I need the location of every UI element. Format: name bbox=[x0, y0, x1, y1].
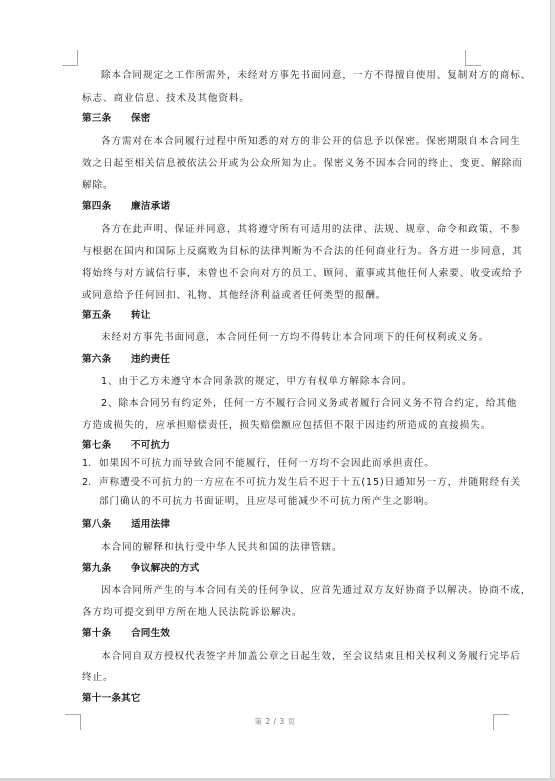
paragraph-line: 将始终与对方诚信行事，未曾也不会向对方的员工、顾问、董事或其他任何人索要、收受或… bbox=[82, 268, 494, 280]
article-heading: 第九条争议解决的方式 bbox=[82, 563, 494, 575]
article-title: 争议解决的方式 bbox=[131, 563, 200, 574]
paragraph-line: 效之日起至相关信息被依法公开或为公众所知为止。保密义务不因本合同的终止、变更、解… bbox=[82, 158, 494, 170]
paragraph-line: 各方均可提交到甲方所在地人民法院诉讼解决。 bbox=[82, 607, 494, 619]
article-number: 第十条 bbox=[82, 628, 131, 640]
paragraph-line: 各方在此声明、保证并同意，其将遵守所有可适用的法律、法规、规章、命令和政策，不参 bbox=[101, 224, 513, 236]
paragraph-line: 因本合同所产生的与本合同有关的任何争议，应首先通过双方友好协商予以解决。协商不成… bbox=[101, 585, 513, 597]
paragraph-line: 方造成损失的，应承担赔偿责任，损失赔偿额应包括但不限于因违约所造成的直接损失。 bbox=[82, 420, 494, 432]
list-number: 1. bbox=[82, 458, 99, 470]
article-heading: 第五条转让 bbox=[82, 310, 494, 322]
margin-corner-top-right bbox=[465, 50, 481, 66]
article-number: 第十一条 bbox=[82, 693, 121, 705]
paragraph-line: 本合同的解释和执行受中华人民共和国的法律管辖。 bbox=[101, 542, 513, 554]
article-number: 第五条 bbox=[82, 310, 131, 322]
article-number: 第三条 bbox=[82, 113, 131, 125]
list-number: 2. bbox=[82, 477, 99, 489]
paragraph-line: 或同意给予任何回扣、礼物、其他经济利益或者任何类型的报酬。 bbox=[82, 290, 494, 302]
margin-corner-top-left bbox=[62, 50, 78, 66]
paragraph-line: 未经对方事先书面同意，本合同任何一方均不得转让本合同项下的任何权利或义务。 bbox=[101, 332, 513, 344]
article-number: 第四条 bbox=[82, 201, 131, 213]
article-number: 第九条 bbox=[82, 563, 131, 575]
list-item: 1.如果因不可抗力而导致合同不能履行，任何一方均不会因此而承担责任。 bbox=[82, 458, 494, 470]
article-heading: 第十一条其它 bbox=[82, 693, 494, 705]
article-heading: 第三条保密 bbox=[82, 113, 494, 125]
paragraph-line: 标志、商业信息、技术及其他资料。 bbox=[82, 93, 494, 105]
article-title: 转让 bbox=[131, 310, 151, 321]
paragraph-line: 除本合同规定之工作所需外，未经对方事先书面同意，一方不得擅自使用、复制对方的商标… bbox=[101, 70, 513, 82]
article-number: 第八条 bbox=[82, 519, 131, 531]
list-text: 如果因不可抗力而导致合同不能履行，任何一方均不会因此而承担责任。 bbox=[99, 458, 435, 469]
article-title: 适用法律 bbox=[131, 519, 170, 530]
paragraph-line: 本合同自双方授权代表签字并加盖公章之日起生效，至会议结束且相关权利义务履行完毕后 bbox=[101, 651, 513, 663]
article-title: 保密 bbox=[131, 113, 151, 124]
paragraph-line: 解除。 bbox=[82, 180, 494, 192]
page-number-footer: 第 2 / 3 页 bbox=[0, 716, 550, 727]
list-text-continuation: 部门确认的不可抗力书面证明，且应尽可能减少不可抗力所产生之影响。 bbox=[99, 496, 511, 508]
article-title: 廉洁承诺 bbox=[131, 201, 170, 212]
article-heading: 第六条违约责任 bbox=[82, 354, 494, 366]
window-right-edge bbox=[550, 0, 555, 781]
article-title: 不可抗力 bbox=[131, 440, 170, 451]
article-heading: 第四条廉洁承诺 bbox=[82, 201, 494, 213]
paragraph-line: 1、由于乙方未遵守本合同条款的规定，甲方有权单方解除本合同。 bbox=[101, 376, 513, 388]
paragraph-line: 各方需对在本合同履行过程中所知悉的对方的非公开的信息予以保密。保密期限自本合同生 bbox=[101, 136, 513, 148]
paragraph-line: 2、除本合同另有约定外，任何一方不履行合同义务或者履行合同义务不符合约定，给其他 bbox=[101, 398, 513, 410]
article-title: 其它 bbox=[121, 693, 141, 704]
list-item: 2.声称遭受不可抗力的一方应在不可抗力发生后不迟于十五(15)日通知另一方，并随… bbox=[82, 477, 494, 489]
article-title: 违约责任 bbox=[131, 354, 170, 365]
article-number: 第六条 bbox=[82, 354, 131, 366]
paragraph-line: 终止。 bbox=[82, 672, 494, 684]
article-heading: 第七条不可抗力 bbox=[82, 440, 494, 452]
list-text: 声称遭受不可抗力的一方应在不可抗力发生后不迟于十五(15)日通知另一方，并随附经… bbox=[99, 477, 521, 488]
paragraph-line: 与根据在国内和国际上反腐败为目标的法律判断为不合法的任何商业行为。各方进一步同意… bbox=[82, 246, 494, 258]
document-page: 除本合同规定之工作所需外，未经对方事先书面同意，一方不得擅自使用、复制对方的商标… bbox=[0, 0, 550, 778]
article-number: 第七条 bbox=[82, 440, 131, 452]
article-heading: 第十条合同生效 bbox=[82, 628, 494, 640]
article-title: 合同生效 bbox=[131, 628, 170, 639]
article-heading: 第八条适用法律 bbox=[82, 519, 494, 531]
